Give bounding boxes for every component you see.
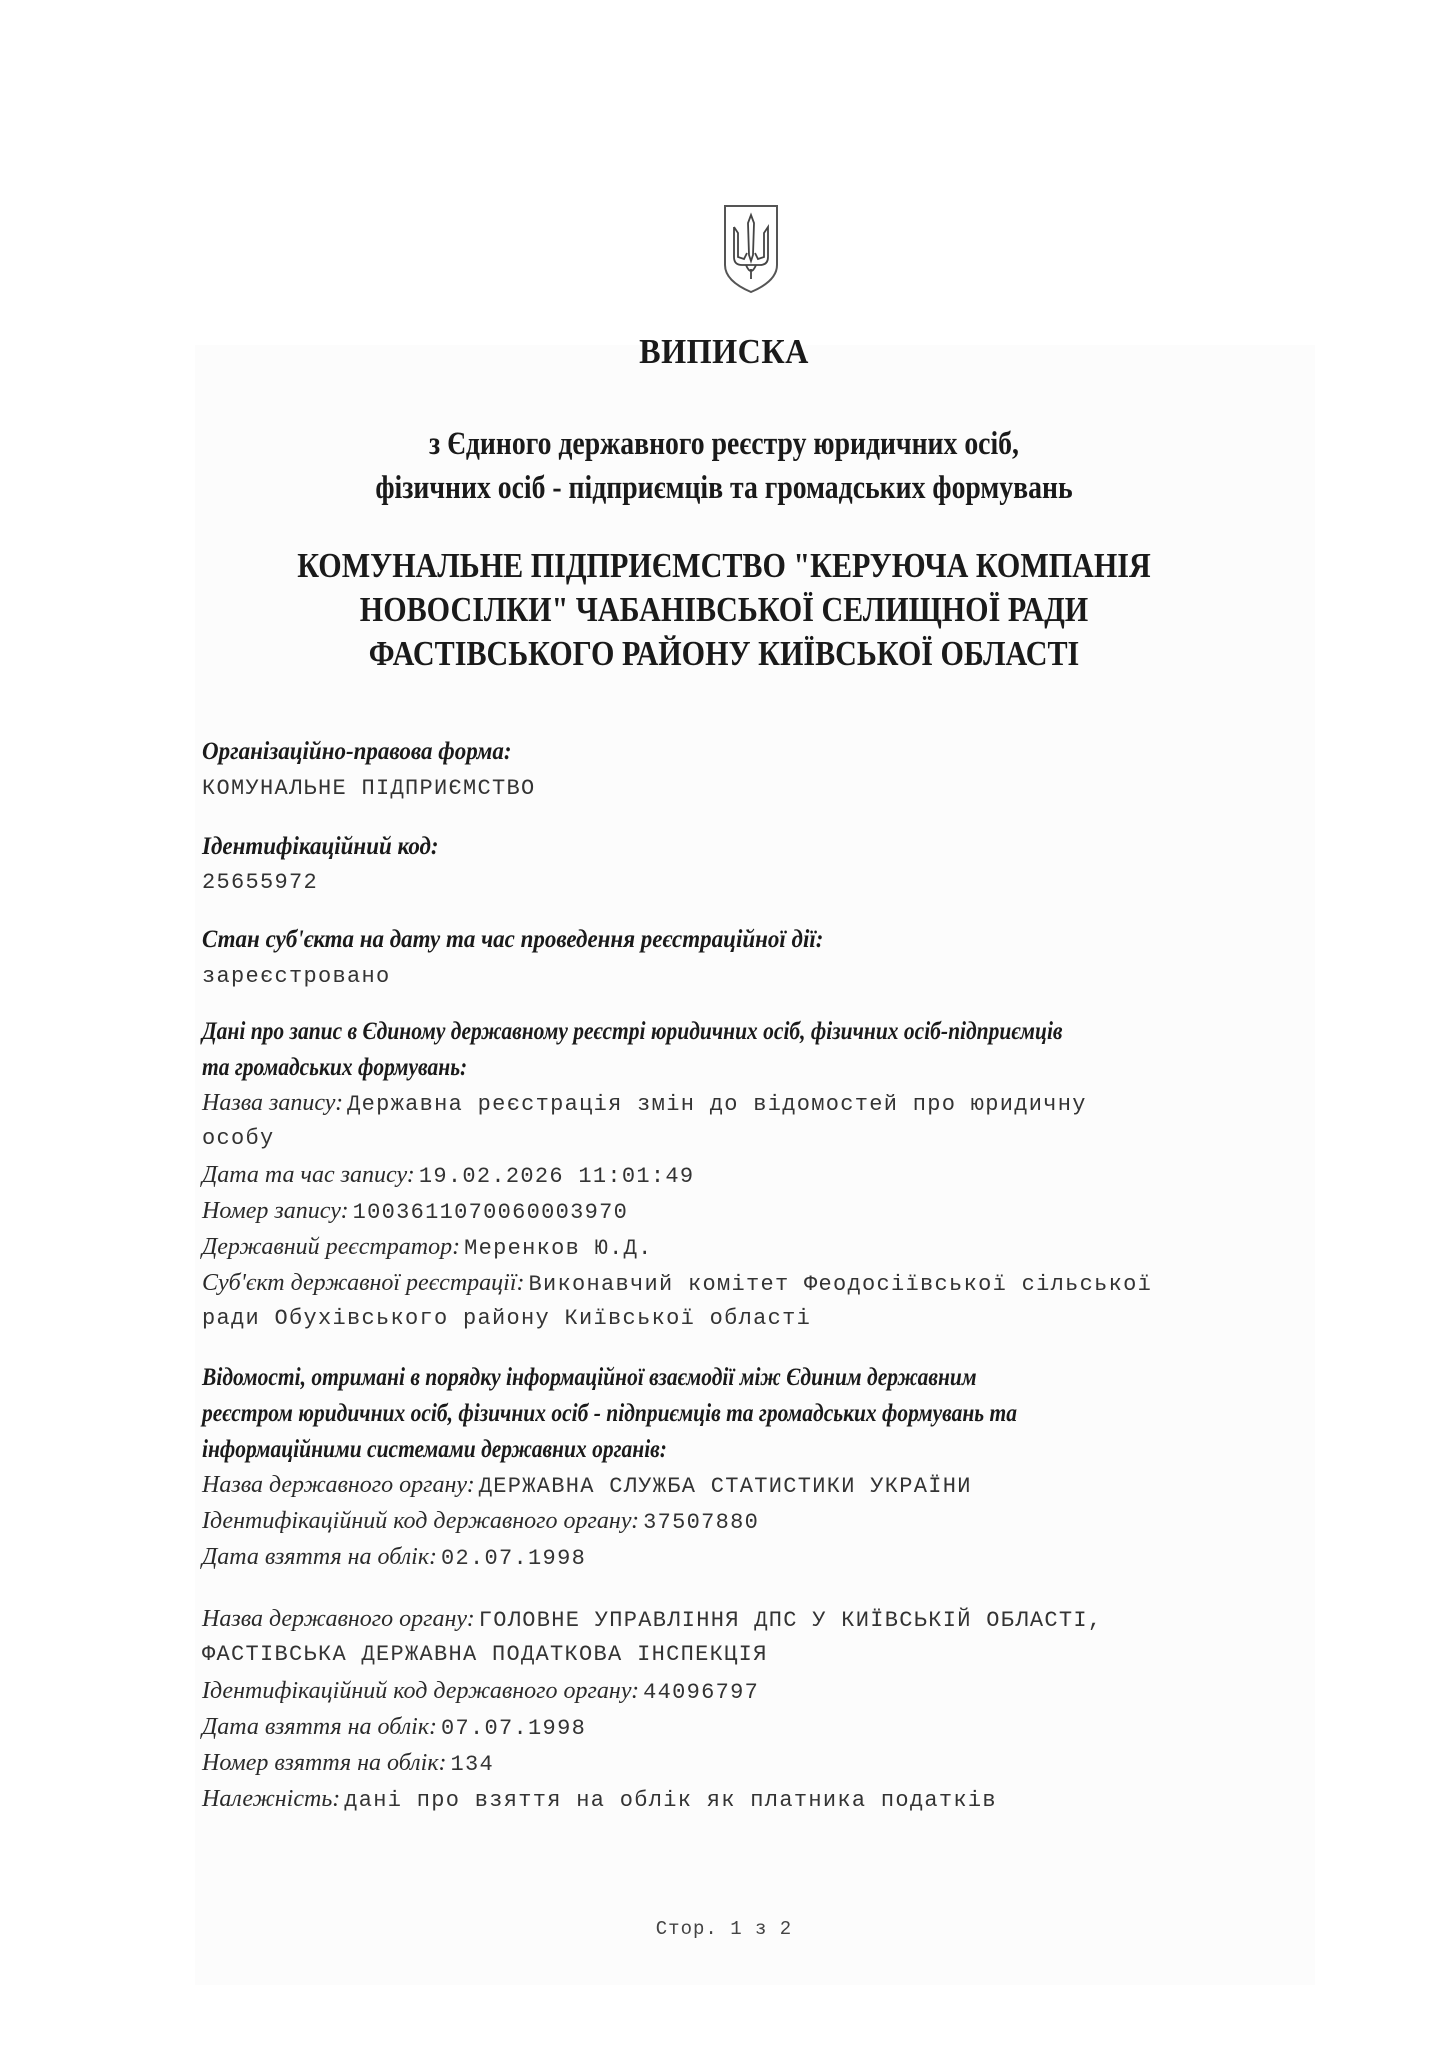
record-heading-text-1: Дані про запис в Єдиному державному реєс… — [202, 1018, 1063, 1046]
record-heading-text-2: та громадських формувань: — [202, 1054, 467, 1082]
document-title: ВИПИСКА — [58, 332, 1390, 372]
agency-2-regnum-value: 134 — [451, 1752, 495, 1777]
company-name-line-3: ФАСТІВСЬКОГО РАЙОНУ КИЇВСЬКОЇ ОБЛАСТІ — [101, 632, 1346, 676]
record-name-value-cont: особу — [202, 1126, 275, 1151]
record-heading-line-2: та громадських формувань: — [202, 1054, 510, 1082]
document-subtitle-line-2: фізичних осіб - підприємців та громадськ… — [116, 466, 1332, 510]
id-code-label-text: Ідентифікаційний код: — [202, 833, 439, 861]
record-registrar-value: Меренков Ю.Д. — [464, 1236, 653, 1261]
record-number-row: Номер запису: 1003611070060003970 — [202, 1198, 628, 1225]
interaction-heading-text-1: Відомості, отримані в порядку інформацій… — [202, 1364, 977, 1392]
interaction-heading-text-3: інформаційними системами державних орган… — [202, 1436, 667, 1464]
status-label-text: Стан суб'єкта на дату та час проведення … — [202, 926, 823, 954]
agency-2-date-value: 07.07.1998 — [441, 1716, 586, 1741]
interaction-heading-line-3: інформаційними системами державних орган… — [202, 1436, 743, 1464]
legal-form-label-text: Організаційно-правова форма: — [202, 738, 512, 766]
agency-2-name-row: Назва державного органу: ГОЛОВНЕ УПРАВЛІ… — [202, 1606, 1102, 1633]
page-number: Стор. 1 з 2 — [0, 1918, 1448, 1940]
agency-2-belonging-label: Належність: — [202, 1786, 340, 1812]
agency-1-name-value: ДЕРЖАВНА СЛУЖБА СТАТИСТИКИ УКРАЇНИ — [479, 1474, 972, 1499]
agency-2-name-value: ГОЛОВНЕ УПРАВЛІННЯ ДПС У КИЇВСЬКІЙ ОБЛАС… — [479, 1608, 1103, 1633]
agency-1-code-row: Ідентифікаційний код державного органу: … — [202, 1508, 759, 1535]
agency-2-name-label: Назва державного органу: — [202, 1606, 475, 1632]
record-registrar-label: Державний реєстратор: — [202, 1234, 460, 1260]
interaction-heading-line-1: Відомості, отримані в порядку інформацій… — [202, 1364, 1103, 1392]
record-datetime-label: Дата та час запису: — [202, 1162, 415, 1188]
id-code-label: Ідентифікаційний код: — [202, 833, 459, 861]
agency-1-name-label: Назва державного органу: — [202, 1472, 475, 1498]
agency-2-code-label: Ідентифікаційний код державного органу: — [202, 1678, 639, 1704]
record-datetime-row: Дата та час запису: 19.02.2026 11:01:49 — [202, 1162, 694, 1189]
company-name-line-1: КОМУНАЛЬНЕ ПІДПРИЄМСТВО "КЕРУЮЧА КОМПАНІ… — [101, 544, 1346, 588]
record-subject-label: Суб'єкт державної реєстрації: — [202, 1270, 525, 1296]
record-datetime-value: 19.02.2026 11:01:49 — [419, 1164, 695, 1189]
agency-1-date-value: 02.07.1998 — [441, 1546, 586, 1571]
record-number-value: 1003611070060003970 — [353, 1200, 629, 1225]
agency-2-belonging-value: дані про взяття на облік як платника под… — [344, 1788, 997, 1813]
record-name-value: Державна реєстрація змін до відомостей п… — [347, 1092, 1087, 1117]
status-label: Стан суб'єкта на дату та час проведення … — [202, 926, 877, 954]
legal-form-value: КОМУНАЛЬНЕ ПІДПРИЄМСТВО — [202, 776, 536, 801]
interaction-heading-line-2: реєстром юридичних осіб, фізичних осіб -… — [202, 1400, 1150, 1428]
coat-of-arms-icon — [722, 203, 780, 295]
record-heading-line-1: Дані про запис в Єдиному державному реєс… — [202, 1018, 1203, 1046]
record-name-row: Назва запису: Державна реєстрація змін д… — [202, 1090, 1087, 1117]
agency-2-name-value-cont: ФАСТІВСЬКА ДЕРЖАВНА ПОДАТКОВА ІНСПЕКЦІЯ — [202, 1642, 768, 1667]
record-number-label: Номер запису: — [202, 1198, 349, 1224]
agency-2-code-value: 44096797 — [643, 1680, 759, 1705]
agency-2-regnum-row: Номер взяття на облік: 134 — [202, 1750, 494, 1777]
agency-2-date-label: Дата взяття на облік: — [202, 1714, 437, 1740]
agency-1-code-value: 37507880 — [643, 1510, 759, 1535]
agency-2-code-row: Ідентифікаційний код державного органу: … — [202, 1678, 759, 1705]
record-subject-value: Виконавчий комітет Феодосіївської сільсь… — [529, 1272, 1153, 1297]
agency-2-belonging-row: Належність: дані про взяття на облік як … — [202, 1786, 997, 1813]
agency-1-date-row: Дата взяття на облік: 02.07.1998 — [202, 1544, 586, 1571]
record-subject-value-cont: ради Обухівського району Київської облас… — [202, 1306, 811, 1331]
agency-1-date-label: Дата взяття на облік: — [202, 1544, 437, 1570]
document-subtitle-line-1: з Єдиного державного реєстру юридичних о… — [116, 422, 1332, 466]
id-code-value: 25655972 — [202, 870, 318, 895]
agency-1-code-label: Ідентифікаційний код державного органу: — [202, 1508, 639, 1534]
agency-2-regnum-label: Номер взяття на облік: — [202, 1750, 447, 1776]
agency-1-name-row: Назва державного органу: ДЕРЖАВНА СЛУЖБА… — [202, 1472, 972, 1499]
record-registrar-row: Державний реєстратор: Меренков Ю.Д. — [202, 1234, 653, 1261]
company-name-line-2: НОВОСІЛКИ" ЧАБАНІВСЬКОЇ СЕЛИЩНОЇ РАДИ — [101, 588, 1346, 632]
status-value: зареєстровано — [202, 964, 391, 989]
record-name-label: Назва запису: — [202, 1090, 343, 1116]
record-subject-row: Суб'єкт державної реєстрації: Виконавчий… — [202, 1270, 1152, 1297]
agency-2-date-row: Дата взяття на облік: 07.07.1998 — [202, 1714, 586, 1741]
legal-form-label: Організаційно-правова форма: — [202, 738, 538, 766]
interaction-heading-text-2: реєстром юридичних осіб, фізичних осіб -… — [202, 1400, 1017, 1428]
